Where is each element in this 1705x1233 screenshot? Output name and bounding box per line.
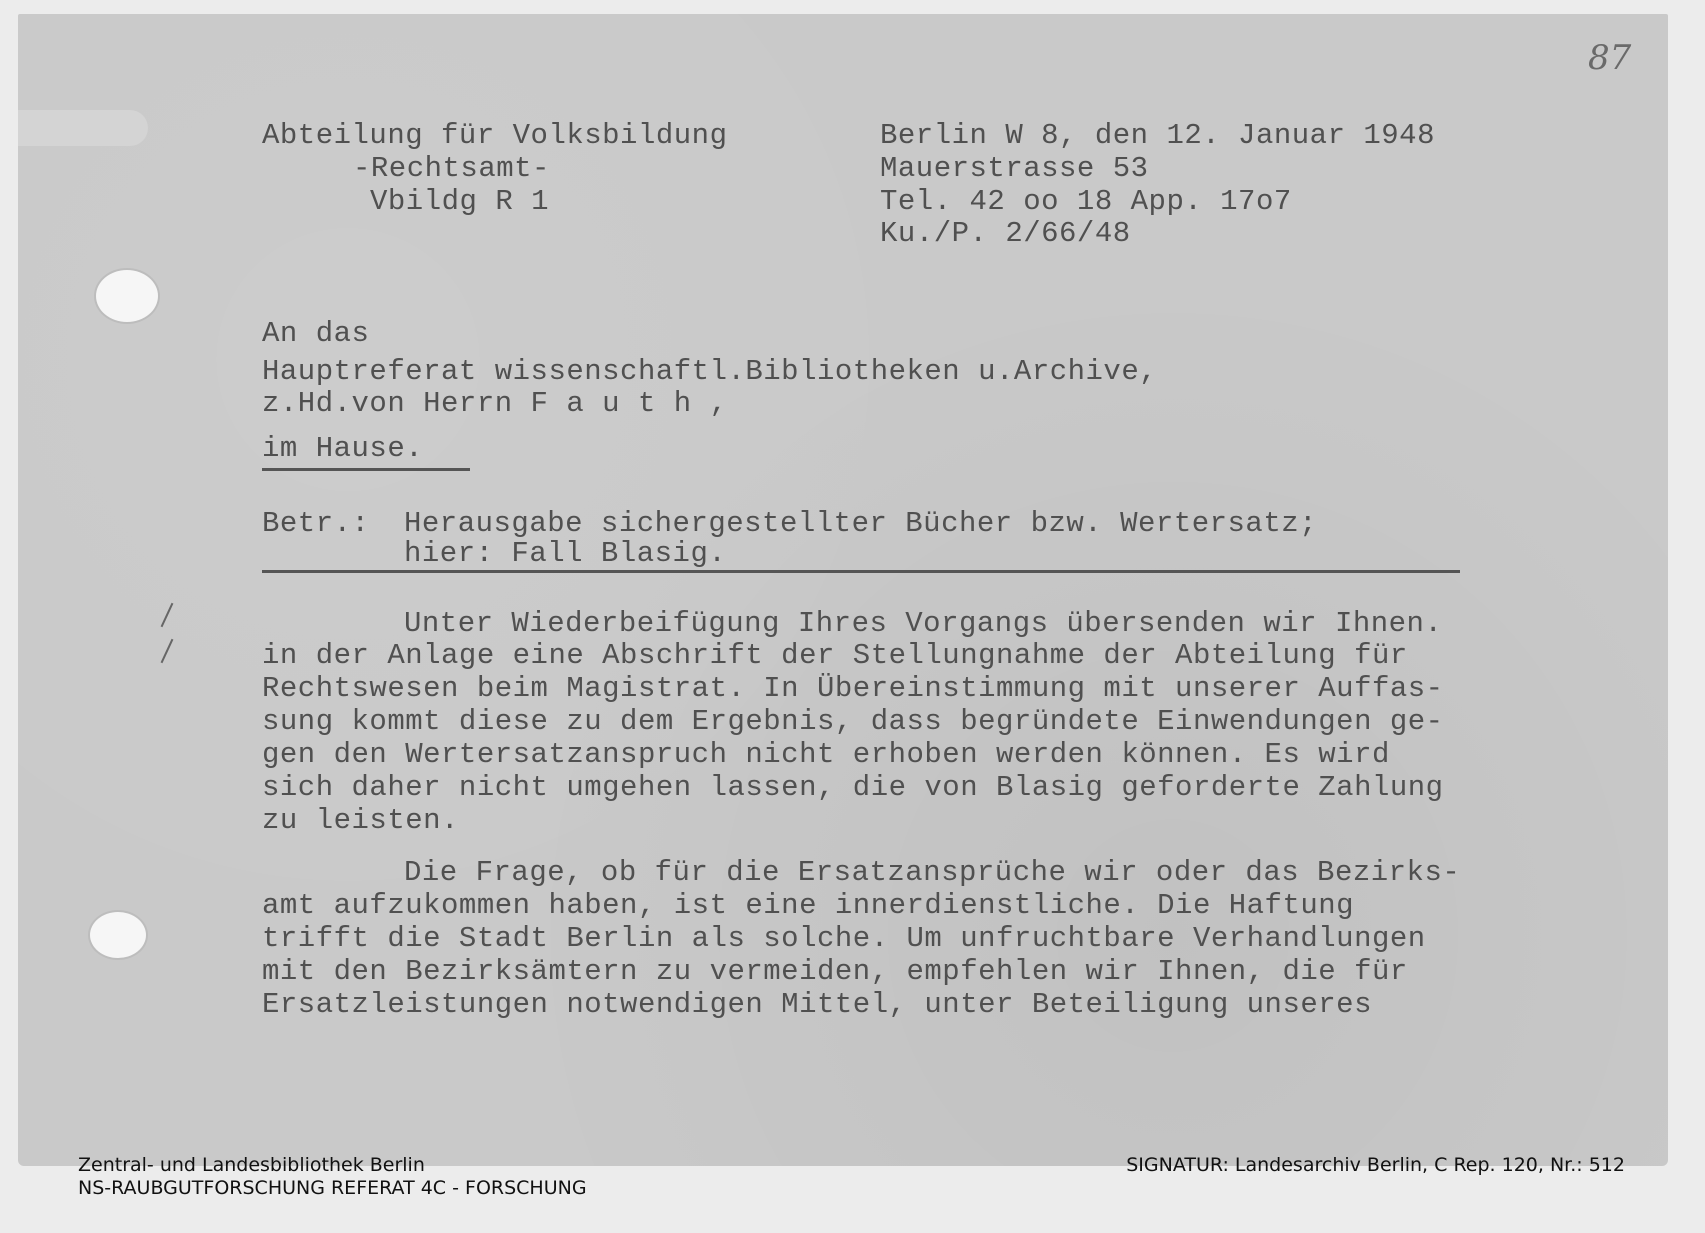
recipient-line-3: z.Hd.von Herrn F a u t h , (262, 388, 727, 420)
street-address: Mauerstrasse 53 (880, 153, 1149, 185)
paragraph-line: sung kommt diese zu dem Ergebnis, dass b… (262, 706, 1444, 738)
paragraph-line: amt aufzukommen haben, ist eine innerdie… (262, 890, 1354, 922)
sender-office: -Rechtsamt- (353, 153, 550, 185)
paragraph-line: Die Frage, ob für die Ersatzansprüche wi… (404, 857, 1460, 889)
paragraph-line: Ersatzleistungen notwendigen Mittel, unt… (262, 989, 1372, 1021)
handwritten-page-number: 87 (1588, 38, 1631, 78)
paragraph-line: trifft die Stadt Berlin als solche. Um u… (262, 923, 1426, 955)
telephone: Tel. 42 oo 18 App. 17o7 (880, 186, 1292, 218)
footer-department: NS-RAUBGUTFORSCHUNG REFERAT 4C - FORSCHU… (78, 1177, 587, 1199)
subject-underline (262, 570, 1460, 573)
sender-reference: Vbildg R 1 (370, 186, 549, 218)
punch-hole-bottom (90, 912, 146, 958)
paragraph-line: zu leisten. (262, 805, 459, 837)
recipient-location: im Hause. (262, 433, 423, 465)
paragraph-line: in der Anlage eine Abschrift der Stellun… (262, 640, 1408, 672)
recipient-line-1: An das (262, 318, 369, 350)
file-number: Ku./P. 2/66/48 (880, 218, 1131, 250)
place-date: Berlin W 8, den 12. Januar 1948 (880, 120, 1435, 152)
recipient-underline (262, 468, 470, 471)
recipient-line-2: Hauptreferat wissenschaftl.Bibliotheken … (262, 356, 1157, 388)
subject-label: Betr.: (262, 508, 369, 540)
paragraph-line: Rechtswesen beim Magistrat. In Übereinst… (262, 673, 1444, 705)
subject-line-1: Herausgabe sichergestellter Bücher bzw. … (404, 508, 1317, 540)
paragraph-line: sich daher nicht umgehen lassen, die von… (262, 772, 1444, 804)
paragraph-line: mit den Bezirksämtern zu vermeiden, empf… (262, 956, 1408, 988)
subject-line-2: hier: Fall Blasig. (404, 538, 726, 570)
footer-signature: SIGNATUR: Landesarchiv Berlin, C Rep. 12… (1126, 1154, 1625, 1176)
paragraph-line: gen den Wertersatzanspruch nicht erhoben… (262, 739, 1390, 771)
paper-fold-mark (18, 110, 148, 146)
sender-department: Abteilung für Volksbildung (262, 120, 727, 152)
paragraph-line: Unter Wiederbeifügung Ihres Vorgangs übe… (404, 608, 1442, 640)
punch-hole-top (96, 270, 158, 322)
footer-institution: Zentral- und Landesbibliothek Berlin (78, 1154, 425, 1176)
